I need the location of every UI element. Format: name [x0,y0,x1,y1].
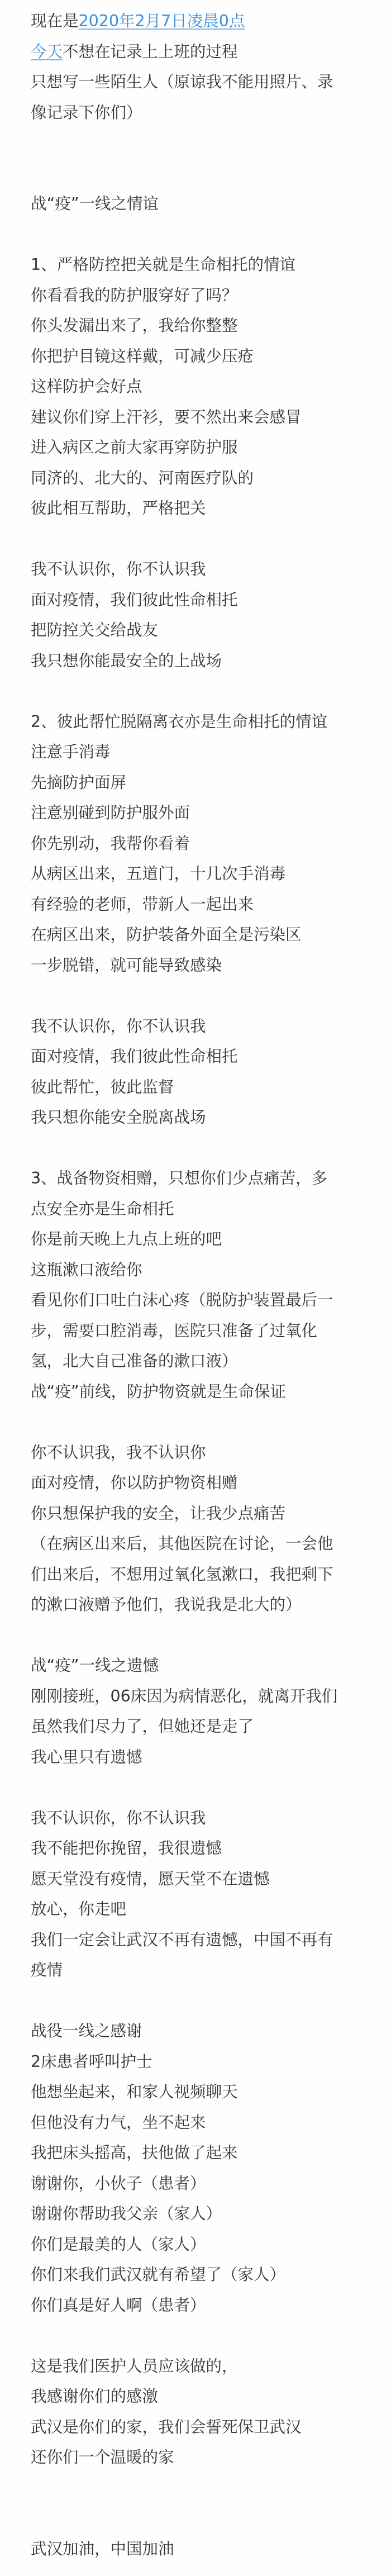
part2-heading: 2、彼此帮忙脱隔离衣亦是生命相托的情谊 [31,707,383,738]
verse-line: 这是我们医护人员应该做的， [31,2351,383,2382]
intro-line-4: 像记录下你们） [31,98,383,129]
verse-line: 的漱口液赠予他们，我说我是北大的） [31,1590,383,1620]
verse-line: 我不认识你，你不认识我 [31,554,383,585]
text-line: 你们真是好人啊（患者） [31,2290,383,2321]
text-line: 先摘防护面屏 [31,768,383,799]
text-line: 谢谢你帮助我父亲（家人） [31,2199,383,2230]
text-line: 一步脱错，就可能导致感染 [31,950,383,981]
text-line: 但他没有力气，坐不起来 [31,2108,383,2138]
text-line: 注意手消毒 [31,737,383,768]
text-line: 谢谢你，小伙子（患者） [31,2169,383,2199]
text-line: 战“疫”前线，防护物资就是生命保证 [31,1377,383,1408]
verse-line: 我不能把你挽留，我很遗憾 [31,1833,383,1864]
section-title-thanks: 战役一线之感谢 [31,2016,383,2047]
verse-line: 我不认识你，你不认识我 [31,1011,383,1042]
text-line: 注意别碰到防护服外面 [31,798,383,829]
verse-line: 我感谢你们的感激 [31,2382,383,2412]
spacer [31,2473,383,2504]
text-line: 你是前天晚上九点上班的吧 [31,1224,383,1255]
spacer [31,1133,383,1164]
intro-line-3: 只想写一些陌生人（原谅我不能用照片、录 [31,67,383,98]
spacer [31,1620,383,1651]
spacer [31,2321,383,2351]
text-line: 彼此相互帮助，严格把关 [31,493,383,524]
text-line: 你看看我的防护服穿好了吗？ [31,281,383,311]
text-line: 我把床头摇高，扶他做了起来 [31,2138,383,2169]
verse-line: 我不认识你，你不认识我 [31,1803,383,1834]
text-line: 你头发漏出来了，我给你整整 [31,311,383,341]
verse-line: 你只想保护我的安全，让我少点痛苦 [31,1499,383,1529]
spacer [31,524,383,555]
verse-line: 们出来后，不想用过氧化氢漱口，我把剩下 [31,1560,383,1590]
spacer [31,159,383,189]
spacer [31,1772,383,1803]
verse-line: 我们一定会让武汉不再有遗憾，中国不再有 [31,1925,383,1956]
verse-line: 放心，你走吧 [31,1894,383,1925]
verse-line: （在病区出来后，其他医院在讨论，一会他 [31,1529,383,1560]
text-line: 这样防护会好点 [31,372,383,402]
text-line: 刚刚接班，06床因为病情恶化，就离开我们 [31,1681,383,1712]
verse-line: 把防控关交给战友 [31,615,383,646]
spacer [31,1407,383,1438]
intro-line-2-text: 不想在记录上上班的过程 [63,42,238,61]
spacer [31,220,383,250]
text-line: 步，需要口腔消毒，医院只准备了过氧化 [31,1316,383,1347]
text-line: 这瓶漱口液给你 [31,1255,383,1286]
text-line: 建议你们穿上汗衫，要不然出来会感冒 [31,402,383,433]
verse-line: 武汉是你们的家，我们会誓死保卫武汉 [31,2412,383,2443]
text-line: 有经验的老师，带新人一起出来 [31,890,383,920]
part1-heading: 1、严格防控把关就是生命相托的情谊 [31,250,383,281]
verse-line: 我只想你能最安全的上战场 [31,646,383,677]
spacer [31,981,383,1011]
text-line: 我心里只有遗憾 [31,1742,383,1773]
verse-line: 彼此帮忙，彼此监督 [31,1072,383,1103]
text-line: 他想坐起来，和家人视频聊天 [31,2077,383,2108]
spacer [31,676,383,707]
text-line: 在病区出来，防护装备外面全是污染区 [31,920,383,950]
closing-line: 武汉加油，中国加油 [31,2534,383,2565]
spacer [31,2503,383,2534]
article-page: 现在是2020年2月7日凌晨0点 今天不想在记录上上班的过程 只想写一些陌生人（… [0,0,391,2576]
verse-line: 面对疫情，你以防护物资相赠 [31,1468,383,1499]
section-title-regret: 战“疫”一线之遗憾 [31,1651,383,1681]
part3-heading: 点安全亦是生命相托 [31,1194,383,1225]
text-line: 你们来我们武汉就有希望了（家人） [31,2260,383,2290]
text-line: 氢，北大自己准备的漱口液） [31,1346,383,1377]
text-line: 你把护目镜这样戴，可减少压疮 [31,341,383,372]
verse-line: 面对疫情，我们彼此性命相托 [31,1042,383,1072]
spacer [31,1986,383,2017]
verse-line: 我只想你能安全脱离战场 [31,1102,383,1133]
verse-line: 疫情 [31,1955,383,1986]
article-body: 现在是2020年2月7日凌晨0点 今天不想在记录上上班的过程 只想写一些陌生人（… [31,6,383,2564]
part3-heading: 3、战备物资相赠，只想你们少点痛苦，多 [31,1163,383,1194]
verse-line: 面对疫情，我们彼此性命相托 [31,585,383,616]
today-link[interactable]: 今天 [31,42,63,61]
text-line: 进入病区之前大家再穿防护服 [31,432,383,463]
text-line: 你们是最美的人（家人） [31,2230,383,2260]
verse-line: 还你们一个温暖的家 [31,2442,383,2473]
text-line: 虽然我们尽力了，但她还是走了 [31,1712,383,1742]
text-line: 2床患者呼叫护士 [31,2047,383,2078]
text-line: 看见你们口吐白沫心疼（脱防护装置最后一 [31,1285,383,1316]
intro-line-1: 现在是2020年2月7日凌晨0点 [31,6,383,37]
text-line: 从病区出来，五道门，十几次手消毒 [31,859,383,890]
verse-line: 愿天堂没有疫情，愿天堂不在遗憾 [31,1864,383,1895]
text-line: 同济的、北大的、河南医疗队的 [31,463,383,494]
date-link[interactable]: 2020年2月7日凌晨0点 [79,12,245,30]
verse-line: 你不认识我，我不认识你 [31,1438,383,1468]
intro-prefix: 现在是 [31,12,79,30]
section-title-friendship: 战“疫”一线之情谊 [31,189,383,220]
text-line: 你先别动，我帮你看着 [31,829,383,859]
spacer [31,128,383,159]
intro-line-2: 今天不想在记录上上班的过程 [31,37,383,68]
